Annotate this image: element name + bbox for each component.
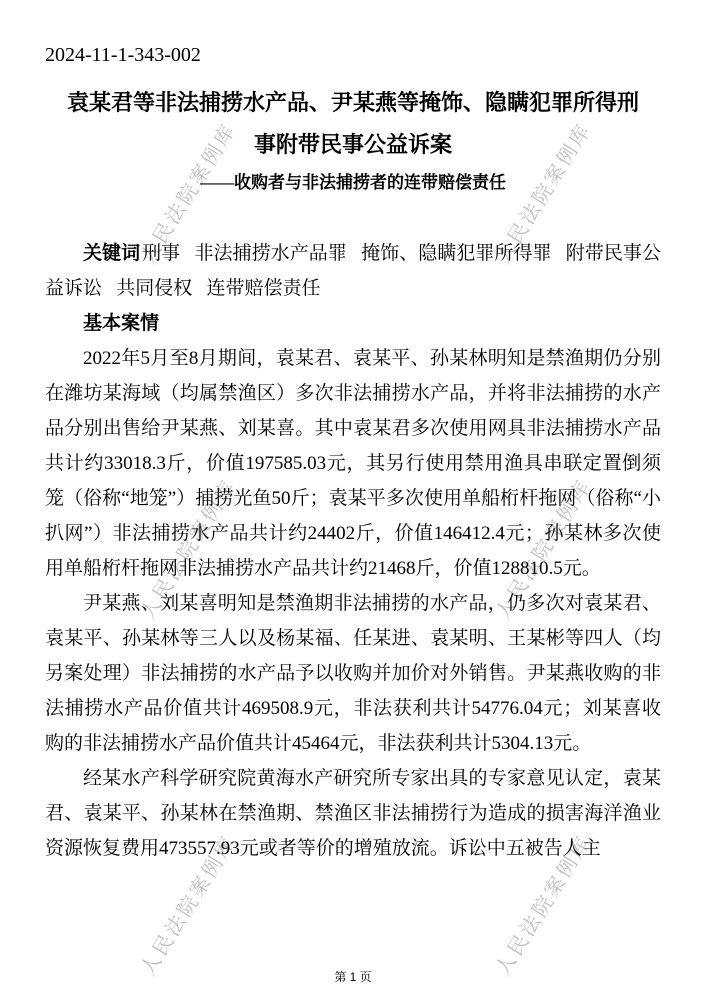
document-page: 人民法院案例库 人民法院案例库 人民法院案例库 人民法院案例库 人民法院案例库 … xyxy=(0,0,706,999)
case-number: 2024-11-1-343-002 xyxy=(45,42,661,68)
document-subtitle: ——收购者与非法捕捞者的连带赔偿责任 xyxy=(45,168,661,198)
paragraph-facts-1: 2022年5月至8月期间，袁某君、袁某平、孙某林明知是禁渔期仍分别在潍坊某海域（… xyxy=(45,341,661,586)
document-content: 2024-11-1-343-002 袁某君等非法捕捞水产品、尹某燕等掩饰、隐瞒犯… xyxy=(45,42,661,866)
paragraph-facts-3: 经某水产科学研究院黄海水产研究所专家出具的专家意见认定，袁某君、袁某平、孙某林在… xyxy=(45,761,661,866)
paragraph-facts-2: 尹某燕、刘某喜明知是禁渔期非法捕捞的水产品，仍多次对袁某君、袁某平、孙某林等三人… xyxy=(45,586,661,761)
page-number: 第 1 页 xyxy=(0,968,706,985)
document-title: 袁某君等非法捕捞水产品、尹某燕等掩饰、隐瞒犯罪所得刑事附带民事公益诉案 xyxy=(59,82,647,166)
section-heading-basic-facts: 基本案情 xyxy=(45,306,661,341)
keywords-line: 关键词刑事 非法捕捞水产品罪 掩饰、隐瞒犯罪所得罪 附带民事公益诉讼 共同侵权 … xyxy=(45,236,661,306)
keywords-label: 关键词 xyxy=(83,243,140,264)
